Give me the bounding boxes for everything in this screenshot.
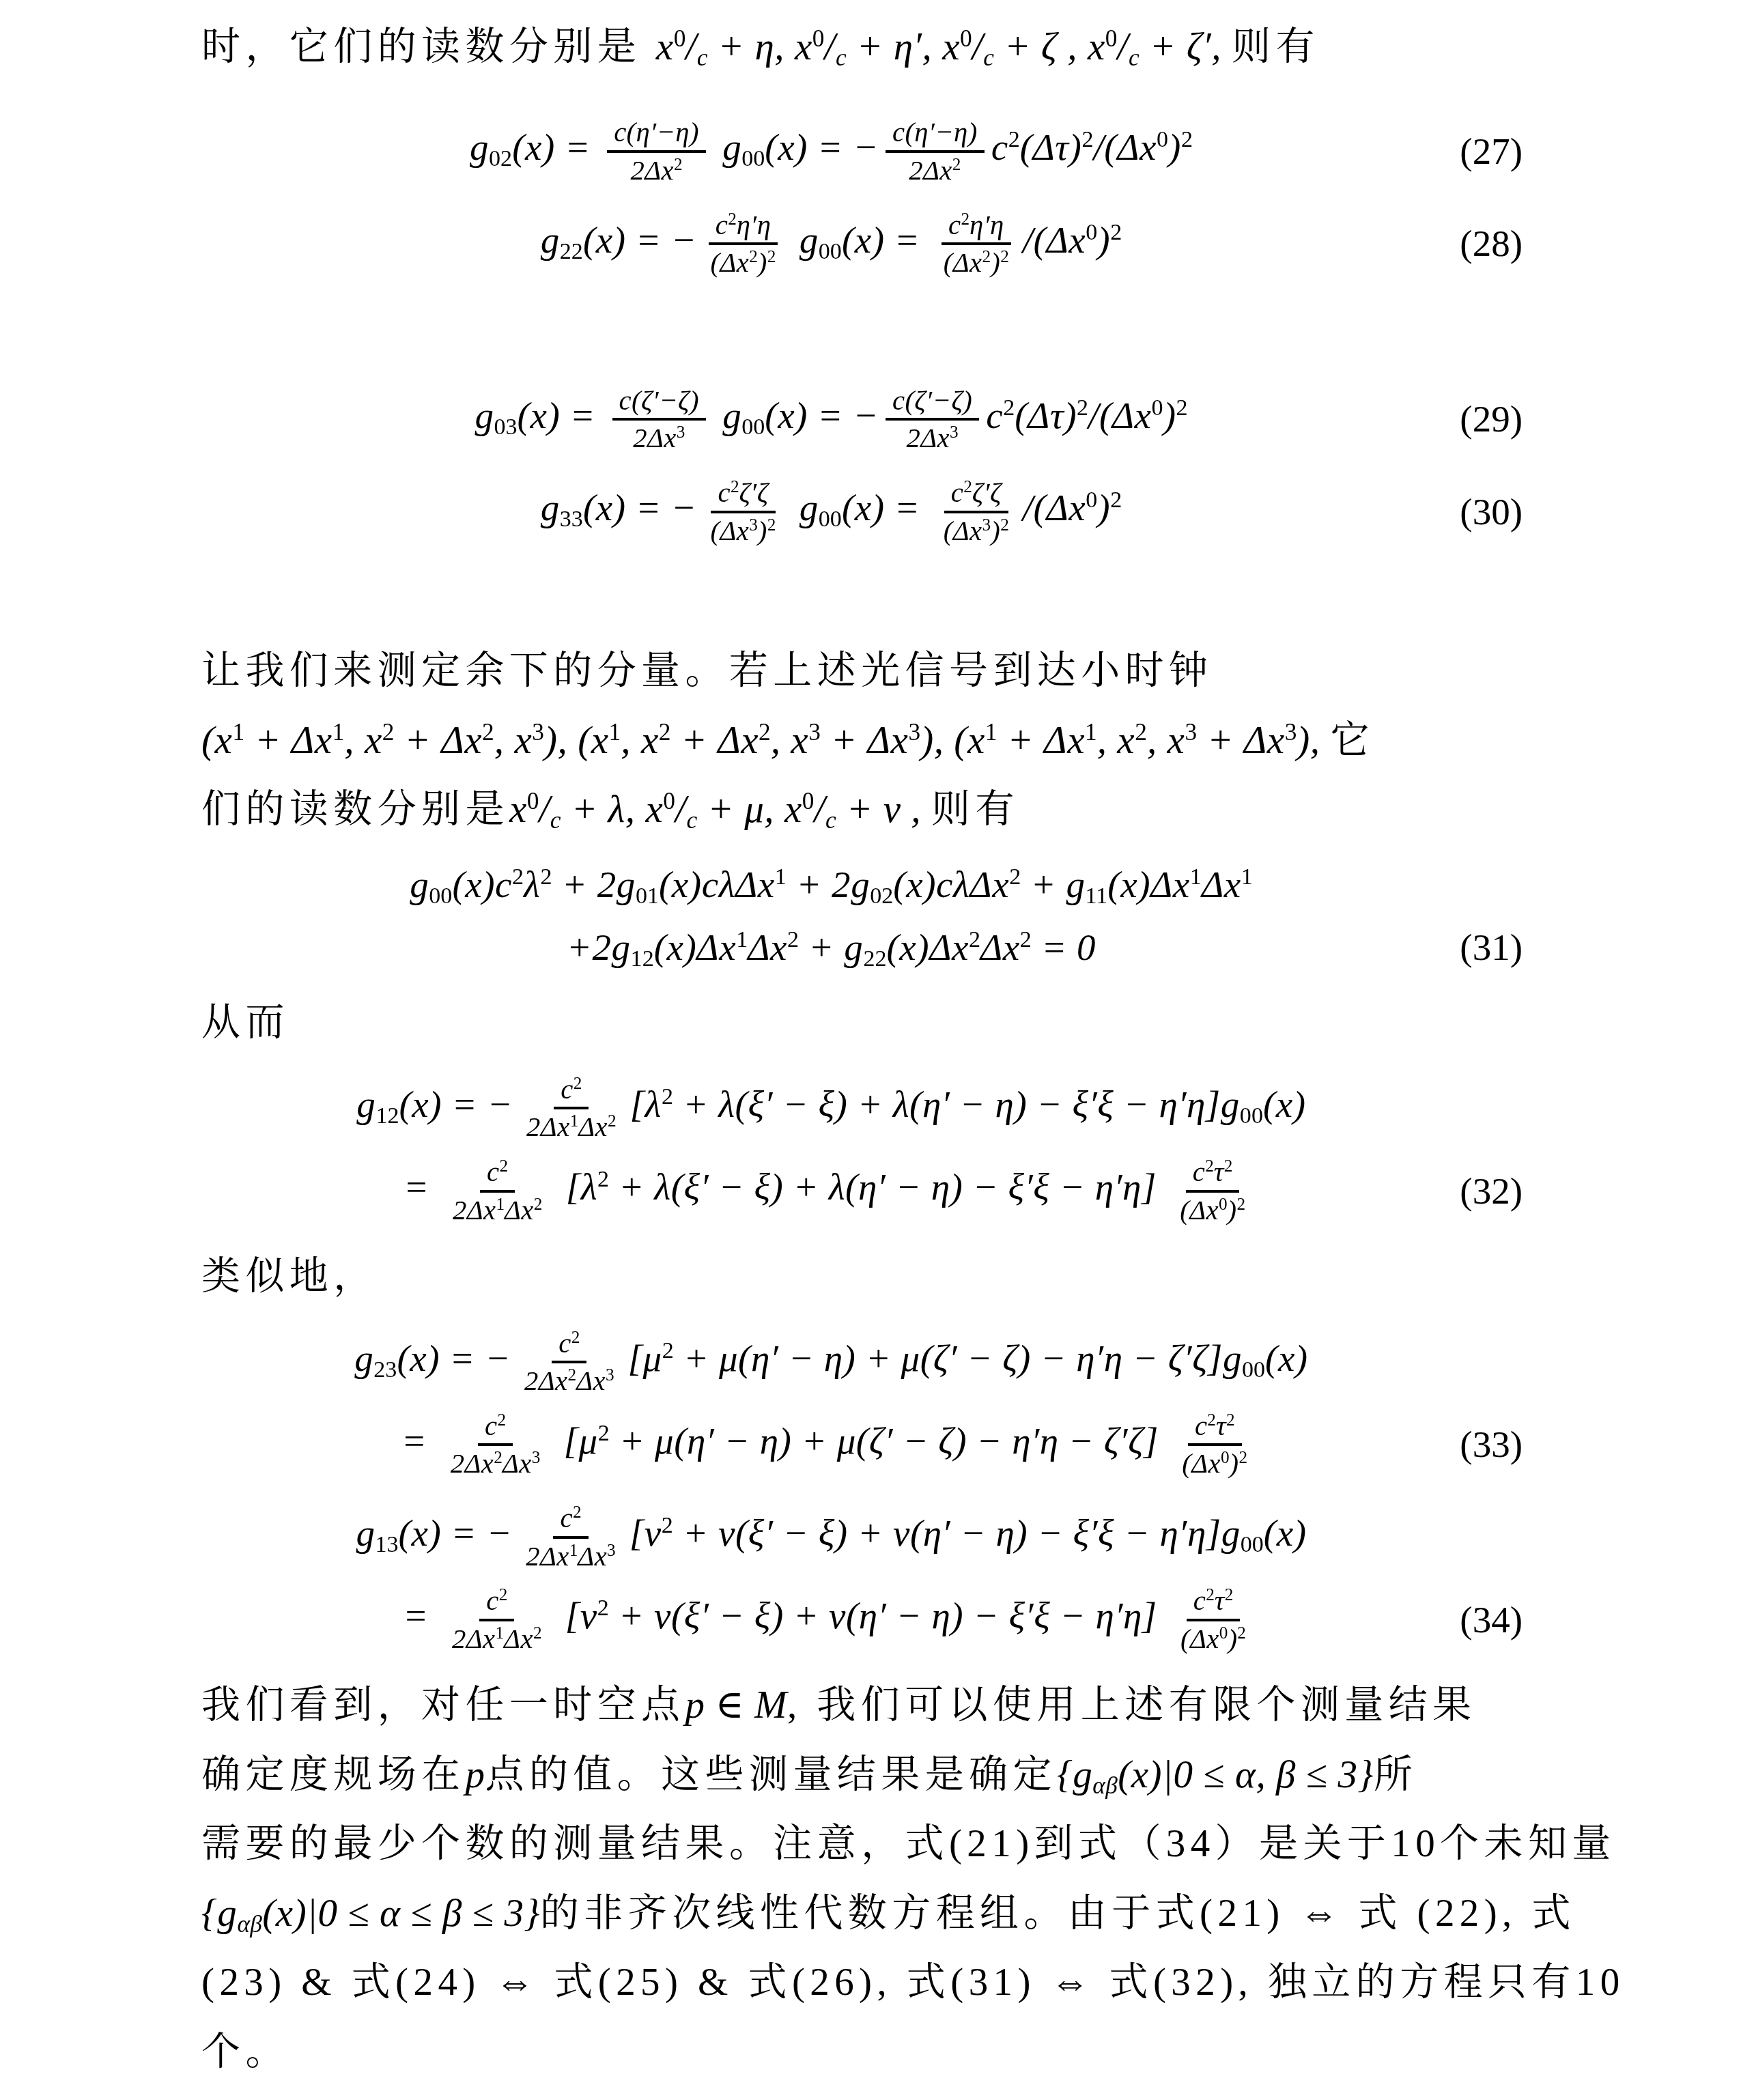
math-run: c	[486, 1585, 498, 1616]
math-run: c	[558, 1328, 571, 1359]
math-run: + ζ ,	[994, 25, 1088, 68]
math-run: (x) = −	[765, 127, 879, 169]
superscript: 2	[482, 718, 494, 745]
math-run: (x)Δx	[654, 926, 736, 968]
math-run: )	[1228, 1195, 1237, 1225]
fraction-numerator: c(ζ′−ζ)	[612, 385, 706, 421]
subscript: 33	[560, 507, 583, 532]
math-run: + g	[1021, 864, 1085, 905]
fraction-numerator: c2τ2	[1186, 1157, 1240, 1193]
math-run: (x)	[1263, 1083, 1306, 1125]
math-run: c	[1193, 1157, 1205, 1187]
superscript: 2	[382, 718, 395, 745]
superscript: 2	[767, 516, 776, 535]
math-run: ), (x	[544, 719, 609, 762]
subscript: 00	[741, 414, 765, 439]
math-run: + λ,	[561, 788, 646, 831]
superscript: 2	[1225, 1586, 1234, 1604]
superscript: 3	[677, 423, 685, 442]
subscript: 22	[863, 946, 886, 971]
math-fraction: c2τ2(Δx0)2	[1173, 1157, 1252, 1225]
math-run: x	[795, 25, 812, 68]
superscript: 3	[606, 1366, 614, 1385]
math-run: x	[784, 788, 802, 831]
fraction-numerator: c2τ2	[1187, 1585, 1241, 1621]
math-run: /	[972, 25, 983, 68]
superscript: 2	[1020, 927, 1032, 952]
fraction-numerator: c2η′η	[709, 210, 778, 246]
equation-line: +2g12(x)Δx1Δx2 + g22(x)Δx2Δx2 = 0(31)	[201, 916, 1625, 979]
subscript: 22	[560, 238, 583, 264]
superscript: 1	[496, 1624, 505, 1643]
math-run: c	[1195, 1410, 1207, 1441]
subscript: 00	[429, 883, 452, 909]
fraction-numerator: c2ζ′ζ	[711, 477, 775, 513]
fraction-denominator: 2Δx1Δx3	[519, 1539, 623, 1572]
math-run: /	[1118, 25, 1129, 68]
math-fraction: c2η′η(Δx2)2	[704, 210, 783, 279]
equation: g23(x) = −c22Δx2Δx3[μ2 + μ(η′ − η) + μ(ζ…	[201, 1321, 1625, 1486]
math-run: [ν	[629, 1512, 662, 1554]
superscript: 2	[1110, 487, 1122, 513]
math-run: x	[1088, 25, 1105, 68]
superscript: 2	[787, 927, 799, 952]
paragraph-line: (x1 + Δx1, x2 + Δx2, x3), (x1, x2 + Δx2,…	[201, 706, 1625, 775]
math-run: η′η	[969, 210, 1004, 240]
equation-number: (31)	[1460, 923, 1523, 972]
superscript: 2	[1226, 1411, 1235, 1430]
superscript: 3	[908, 718, 920, 745]
fraction-numerator: c2	[478, 1410, 513, 1447]
equation-line: = c22Δx2Δx3 [μ2 + μ(η′ − η) + μ(ζ′ − ζ) …	[201, 1404, 1625, 1486]
math-run: c	[991, 127, 1008, 169]
equation-line: g00(x)c2λ2 + 2g01(x)cλΔx1 + 2g02(x)cλΔx2…	[201, 853, 1625, 916]
subscript: αβ	[237, 1910, 262, 1937]
math-run: (x) = −	[399, 1083, 513, 1125]
math-run: (x) = −	[399, 1512, 513, 1554]
math-run: (Δτ)	[1015, 395, 1077, 436]
subscript: 01	[636, 883, 659, 909]
math-fraction: c2ζ′ζ(Δx3)2	[937, 477, 1016, 546]
math-run: =	[404, 1166, 439, 1208]
superscript: 2	[963, 478, 972, 496]
fraction-numerator: c2	[553, 1503, 588, 1539]
subscript: 03	[494, 414, 518, 439]
math-run: /(Δx	[1023, 219, 1086, 261]
math-run: c(ζ′−ζ)	[892, 385, 972, 416]
math-run: g	[356, 1083, 376, 1125]
fraction-numerator: c2η′η	[942, 210, 1011, 246]
math-run: /	[825, 25, 836, 68]
math-run: ), (x	[920, 719, 985, 762]
math-run: (x	[201, 719, 232, 762]
math-run: (x) =	[842, 487, 930, 528]
math-run: (x)Δx	[1107, 864, 1189, 905]
math-fraction: c22Δx2Δx3	[444, 1410, 548, 1479]
math-run: )	[758, 247, 767, 278]
math-run: {g	[1057, 1753, 1092, 1796]
math-run: [λ	[556, 1166, 597, 1208]
equation: g00(x)c2λ2 + 2g01(x)cλΔx1 + 2g02(x)cλΔx2…	[201, 853, 1625, 978]
math-run: /	[685, 25, 696, 68]
paragraph-line: (23) & 式(24) ⇔ 式(25) & 式(26), 式(31) ⇔ 式(…	[201, 1948, 1625, 2086]
paragraph-line: 需要的最少个数的测量结果。注意，式(21)到式（34）是关于10个未知量	[201, 1809, 1625, 1878]
math-run: c	[716, 210, 728, 240]
subscript: 02	[870, 883, 893, 909]
text-run: 所	[1374, 1753, 1417, 1796]
equation-number: (27)	[1460, 127, 1523, 176]
superscript: 2	[1003, 395, 1015, 421]
paragraph-line: 时，它们的读数分别是 x0/c + η, x0/c + η′, x0/c + ζ…	[201, 12, 1625, 81]
math-run: (x)|0 ≤ α, β ≤ 3}	[1118, 1753, 1374, 1796]
superscript: 2	[982, 248, 991, 266]
text-run: 点的值。这些测量结果是确定	[485, 1753, 1057, 1796]
math-run: )	[1163, 395, 1176, 436]
math-run: (Δx	[1182, 1448, 1221, 1479]
superscript: 0	[1086, 487, 1097, 513]
math-run: 2Δx	[526, 1111, 570, 1142]
math-run: , x	[1097, 719, 1135, 762]
superscript: 2	[608, 1113, 617, 1131]
superscript: 1	[736, 927, 748, 952]
math-run: + Δx	[244, 719, 332, 762]
math-run: (Δx	[1180, 1195, 1219, 1225]
fraction-denominator: 2Δx3	[626, 421, 692, 454]
superscript: 2	[731, 478, 739, 496]
math-run: g	[713, 127, 741, 169]
superscript: 2	[1181, 128, 1193, 153]
fraction-denominator: 2Δx2Δx3	[444, 1446, 548, 1479]
superscript: 2	[659, 718, 671, 745]
superscript: 0	[1219, 1624, 1228, 1643]
math-run: + ν(ξ′ − ξ) + ν(η′ − η) − ξ′ξ − η′η]	[609, 1595, 1167, 1636]
paragraph-line: 确定度规场在p点的值。这些测量结果是确定{gαβ(x)|0 ≤ α, β ≤ 3…	[201, 1740, 1625, 1809]
superscript: 2	[759, 718, 771, 745]
math-run: ζ′ζ	[739, 477, 768, 508]
equation-number: (33)	[1460, 1421, 1523, 1470]
paragraph: 让我们来测定余下的分量。若上述光信号到达小时钟(x1 + Δx1, x2 + Δ…	[201, 636, 1625, 844]
math-fraction: c2τ2(Δx0)2	[1175, 1410, 1254, 1479]
subscript: c	[686, 807, 697, 834]
text-run: , 我们可以使用上述有限个测量结果	[787, 1684, 1476, 1727]
math-run: (x) = −	[583, 219, 697, 261]
subscript: c	[1129, 44, 1140, 71]
math-run: x	[942, 25, 960, 68]
math-run: + λ(ξ′ − ξ) + λ(η′ − η) − ξ′ξ − η′η]g	[673, 1083, 1240, 1125]
fraction-denominator: 2Δx2	[623, 153, 689, 186]
subscript: c	[825, 807, 836, 834]
math-run: g	[541, 219, 560, 261]
fraction-denominator: 2Δx2Δx3	[518, 1363, 621, 1397]
text-run: 们的读数分别是	[201, 788, 509, 831]
superscript: 2	[1207, 1411, 1216, 1430]
math-run: /(Δx	[1094, 127, 1157, 169]
superscript: 0	[1157, 128, 1168, 153]
math-run: /	[539, 788, 550, 831]
math-run: , x	[621, 719, 659, 762]
equation-number: (30)	[1460, 487, 1523, 537]
math-run: c	[561, 1074, 573, 1105]
math-run: /(Δx	[1023, 487, 1086, 528]
superscript: 0	[812, 25, 825, 52]
math-run: 2Δx	[630, 155, 674, 186]
math-run: (Δx	[944, 247, 982, 278]
superscript: 2	[952, 156, 961, 174]
math-run: 2Δx	[526, 1541, 569, 1572]
math-run: c	[986, 395, 1003, 436]
text-run: 则有	[1232, 25, 1320, 68]
math-run: + ν ,	[836, 788, 931, 831]
math-run: , x	[771, 719, 809, 762]
math-run: + g	[799, 926, 863, 968]
superscript: 2	[1239, 1449, 1248, 1468]
paragraph-line: 让我们来测定余下的分量。若上述光信号到达小时钟	[201, 636, 1625, 705]
subscript: 13	[376, 1532, 399, 1557]
paragraph: 我们看到，对任一时空点p ∈ M, 我们可以使用上述有限个测量结果确定度规场在p…	[201, 1671, 1625, 2086]
superscript: 2	[1135, 718, 1147, 745]
math-run: c(ζ′−ζ)	[619, 385, 699, 416]
math-run: τ	[1216, 1410, 1226, 1441]
math-fraction: c22Δx2Δx3	[518, 1328, 621, 1397]
math-run: )	[1230, 1448, 1239, 1479]
math-run: Δx	[578, 1111, 608, 1142]
superscript: 2	[1237, 1624, 1246, 1643]
math-run: c(η′−η)	[614, 117, 699, 147]
math-run: c	[718, 477, 730, 508]
math-fraction: c(η′−η)2Δx2	[607, 117, 706, 186]
math-run: (x) = −	[765, 395, 879, 436]
superscript: 2	[767, 248, 776, 266]
math-fraction: c22Δx1Δx2	[446, 1157, 550, 1225]
math-run: Δx	[748, 926, 787, 968]
math-run: Δx	[578, 1541, 607, 1572]
paragraph-line: 我们看到，对任一时空点p ∈ M, 我们可以使用上述有限个测量结果	[201, 1671, 1625, 1740]
math-run: x	[645, 788, 663, 831]
math-run: λ	[524, 864, 540, 905]
superscript: 3	[749, 516, 758, 535]
equation-line: g33(x) = −c2ζ′ζ(Δx3)2 g00(x) = c2ζ′ζ(Δx3…	[201, 470, 1625, 553]
math-run: + 2g	[787, 864, 870, 905]
superscript: 2	[961, 210, 969, 229]
equation: g22(x) = −c2η′η(Δx2)2 g00(x) = c2η′η(Δx2…	[201, 203, 1625, 285]
math-run: + Δx	[1197, 719, 1285, 762]
superscript: 0	[674, 25, 686, 52]
math-run: [ν	[555, 1595, 597, 1636]
math-run: (x)|0 ≤ α ≤ β ≤ 3}	[262, 1892, 540, 1935]
math-run: τ	[1214, 1157, 1224, 1187]
math-run: , x	[1147, 719, 1185, 762]
superscript: 2	[574, 1075, 582, 1093]
math-run: ),	[1297, 719, 1330, 762]
math-run: (Δx	[944, 515, 982, 546]
math-run: g	[541, 487, 560, 528]
math-run: + λ(ξ′ − ξ) + λ(η′ − η) − ξ′ξ − η′η]	[609, 1166, 1166, 1208]
superscript: 0	[527, 788, 539, 814]
math-run: g	[410, 864, 429, 905]
equation: g13(x) = −c22Δx1Δx3[ν2 + ν(ξ′ − ξ) + ν(η…	[201, 1496, 1625, 1661]
superscript: 1	[332, 718, 345, 745]
paragraph-line: 类似地，	[201, 1242, 1625, 1311]
subscript: 11	[1086, 883, 1108, 909]
math-run: (Δτ)	[1020, 127, 1082, 169]
superscript: 0	[663, 788, 675, 814]
superscript: 1	[232, 718, 244, 745]
fraction-denominator: 2Δx1Δx2	[520, 1109, 623, 1143]
fraction-denominator: (Δx3)2	[704, 513, 783, 547]
math-run: (Δx	[711, 247, 750, 278]
math-run: + 2g	[552, 864, 636, 905]
math-run: 2Δx	[907, 423, 950, 453]
superscript: 2	[1000, 248, 1009, 266]
superscript: 3	[1185, 718, 1197, 745]
superscript: 1	[1241, 865, 1253, 890]
superscript: 3	[982, 516, 991, 535]
equation-line: g12(x) = −c22Δx1Δx2[λ2 + λ(ξ′ − ξ) + λ(η…	[201, 1067, 1625, 1150]
math-run: =	[401, 1420, 437, 1462]
fraction-numerator: c2	[554, 1074, 589, 1110]
superscript: 3	[1285, 718, 1297, 745]
math-run: + η′,	[847, 25, 942, 68]
math-run: /	[675, 788, 686, 831]
fraction-denominator: (Δx2)2	[704, 245, 783, 279]
superscript: 2	[573, 1503, 582, 1522]
superscript: 2	[662, 1084, 673, 1109]
text-run: 我们看到，对任一时空点	[201, 1684, 685, 1727]
math-run: [μ	[554, 1420, 597, 1462]
superscript: 3	[808, 718, 821, 745]
superscript: 0	[1086, 220, 1097, 245]
equation-line: = c22Δx1Δx2 [ν2 + ν(ξ′ − ξ) + ν(η′ − η) …	[201, 1578, 1625, 1661]
text-run: 的非齐次线性代数方程组。由于式(21) ⇔ 式 (22), 式	[540, 1892, 1576, 1935]
paragraph-line: {gαβ(x)|0 ≤ α ≤ β ≤ 3}的非齐次线性代数方程组。由于式(21…	[201, 1879, 1625, 1948]
math-run: p	[465, 1753, 485, 1796]
superscript: 2	[1176, 395, 1188, 421]
math-run: (Δx	[1180, 1623, 1219, 1654]
superscript: 1	[496, 1195, 505, 1214]
math-run: g	[789, 487, 818, 528]
math-run: (Δx	[711, 515, 750, 546]
superscript: 1	[570, 1113, 579, 1131]
superscript: 0	[1152, 395, 1163, 421]
math-run: + μ,	[697, 788, 784, 831]
math-run: + Δx	[395, 719, 483, 762]
equation-line: g02(x) = c(η′−η)2Δx2 g00(x) = −c(η′−η)2Δ…	[201, 110, 1625, 193]
math-run: /(Δx	[1088, 395, 1152, 436]
superscript: 2	[1224, 1157, 1233, 1176]
math-run: (x)cλΔx	[893, 864, 1009, 905]
superscript: 2	[540, 865, 552, 890]
superscript: 2	[1081, 128, 1093, 153]
superscript: 2	[512, 865, 524, 890]
superscript: 2	[597, 1596, 609, 1621]
text-run: 类似地，	[201, 1255, 378, 1298]
math-run: Δx	[504, 1623, 533, 1654]
text-run: 确定度规场在	[201, 1753, 465, 1796]
superscript: 1	[985, 718, 997, 745]
math-run: Δx	[980, 926, 1020, 968]
math-run: , x	[494, 719, 533, 762]
math-run: + ν(ξ′ − ξ) + ν(η′ − η) − ξ′ξ − η′η]g	[673, 1512, 1241, 1554]
math-run: (x)	[1265, 1337, 1308, 1379]
math-run: + μ(η′ − η) + μ(ζ′ − ζ) − η′η − ζ′ζ]g	[674, 1337, 1242, 1379]
fraction-denominator: 2Δx2	[902, 153, 967, 186]
math-run: 2Δx	[452, 1623, 496, 1654]
math-run: )	[1097, 219, 1110, 261]
superscript: 0	[1105, 25, 1118, 52]
paragraph: 类似地，	[201, 1242, 1625, 1311]
math-run: p ∈ M	[685, 1684, 788, 1727]
subscript: 23	[373, 1357, 397, 1382]
math-run: x	[656, 25, 674, 68]
math-fraction: c22Δx1Δx2	[520, 1074, 623, 1143]
subscript: 00	[741, 146, 765, 171]
equation-line: = c22Δx1Δx2 [λ2 + λ(ξ′ − ξ) + λ(η′ − η) …	[201, 1150, 1625, 1232]
math-run: + Δx	[670, 719, 759, 762]
math-run: /	[815, 788, 825, 831]
math-run: c	[1193, 1585, 1206, 1616]
math-run: )	[991, 247, 1000, 278]
equation-line: g03(x) = c(ζ′−ζ)2Δx3 g00(x) = −c(ζ′−ζ)2Δ…	[201, 378, 1625, 461]
math-run: g	[470, 127, 489, 169]
math-run: 2Δx	[633, 423, 677, 453]
text-run: 从而	[201, 1001, 289, 1044]
math-run: g	[356, 1512, 375, 1554]
math-run: Δx	[576, 1365, 606, 1396]
math-run: c	[485, 1410, 497, 1441]
math-run: c(η′−η)	[892, 117, 978, 147]
superscript: 2	[494, 1449, 503, 1468]
paragraph-line: 从而	[201, 988, 1625, 1057]
superscript: 0	[960, 25, 972, 52]
superscript: 2	[497, 1411, 506, 1430]
math-run: 2Δx	[451, 1448, 494, 1479]
text-run: 时，它们的读数分别是	[201, 25, 656, 68]
fraction-numerator: c2ζ′ζ	[944, 477, 1008, 513]
math-run: (x)cλΔx	[659, 864, 775, 905]
subscript: c	[983, 44, 994, 71]
fraction-denominator: 2Δx1Δx2	[446, 1193, 550, 1226]
math-run: 2Δx	[524, 1365, 568, 1396]
math-run: η′η	[737, 210, 772, 240]
math-fraction: c22Δx1Δx3	[519, 1503, 623, 1572]
math-run: Δx	[1202, 864, 1241, 905]
fraction-denominator: 2Δx3	[900, 421, 965, 454]
equation-number: (32)	[1460, 1167, 1523, 1216]
text-run: 它	[1331, 719, 1374, 762]
superscript: 1	[1085, 718, 1097, 745]
fraction-denominator: 2Δx1Δx2	[445, 1621, 549, 1655]
subscript: c	[550, 807, 561, 834]
equation: g03(x) = c(ζ′−ζ)2Δx3 g00(x) = −c(ζ′−ζ)2Δ…	[201, 378, 1625, 461]
subscript: 12	[631, 946, 654, 971]
math-run: =	[403, 1595, 438, 1636]
math-run: (x)	[1264, 1512, 1307, 1554]
superscript: 0	[1219, 1195, 1228, 1214]
superscript: 2	[568, 1366, 577, 1385]
math-fraction: c2τ2(Δx0)2	[1174, 1585, 1253, 1654]
math-run: (x)c	[452, 864, 512, 905]
subscript: 02	[489, 146, 512, 171]
math-run: c	[560, 1503, 572, 1533]
math-run: g	[354, 1337, 373, 1379]
math-fraction: c2ζ′ζ(Δx3)2	[704, 477, 783, 546]
fraction-denominator: (Δx0)2	[1175, 1446, 1254, 1479]
text-run: 让我们来测定余下的分量。若上述光信号到达小时钟	[201, 649, 1213, 692]
subscript: 00	[1240, 1103, 1263, 1129]
superscript: 3	[532, 718, 544, 745]
fraction-numerator: c2τ2	[1188, 1410, 1242, 1447]
superscript: 1	[775, 865, 787, 890]
